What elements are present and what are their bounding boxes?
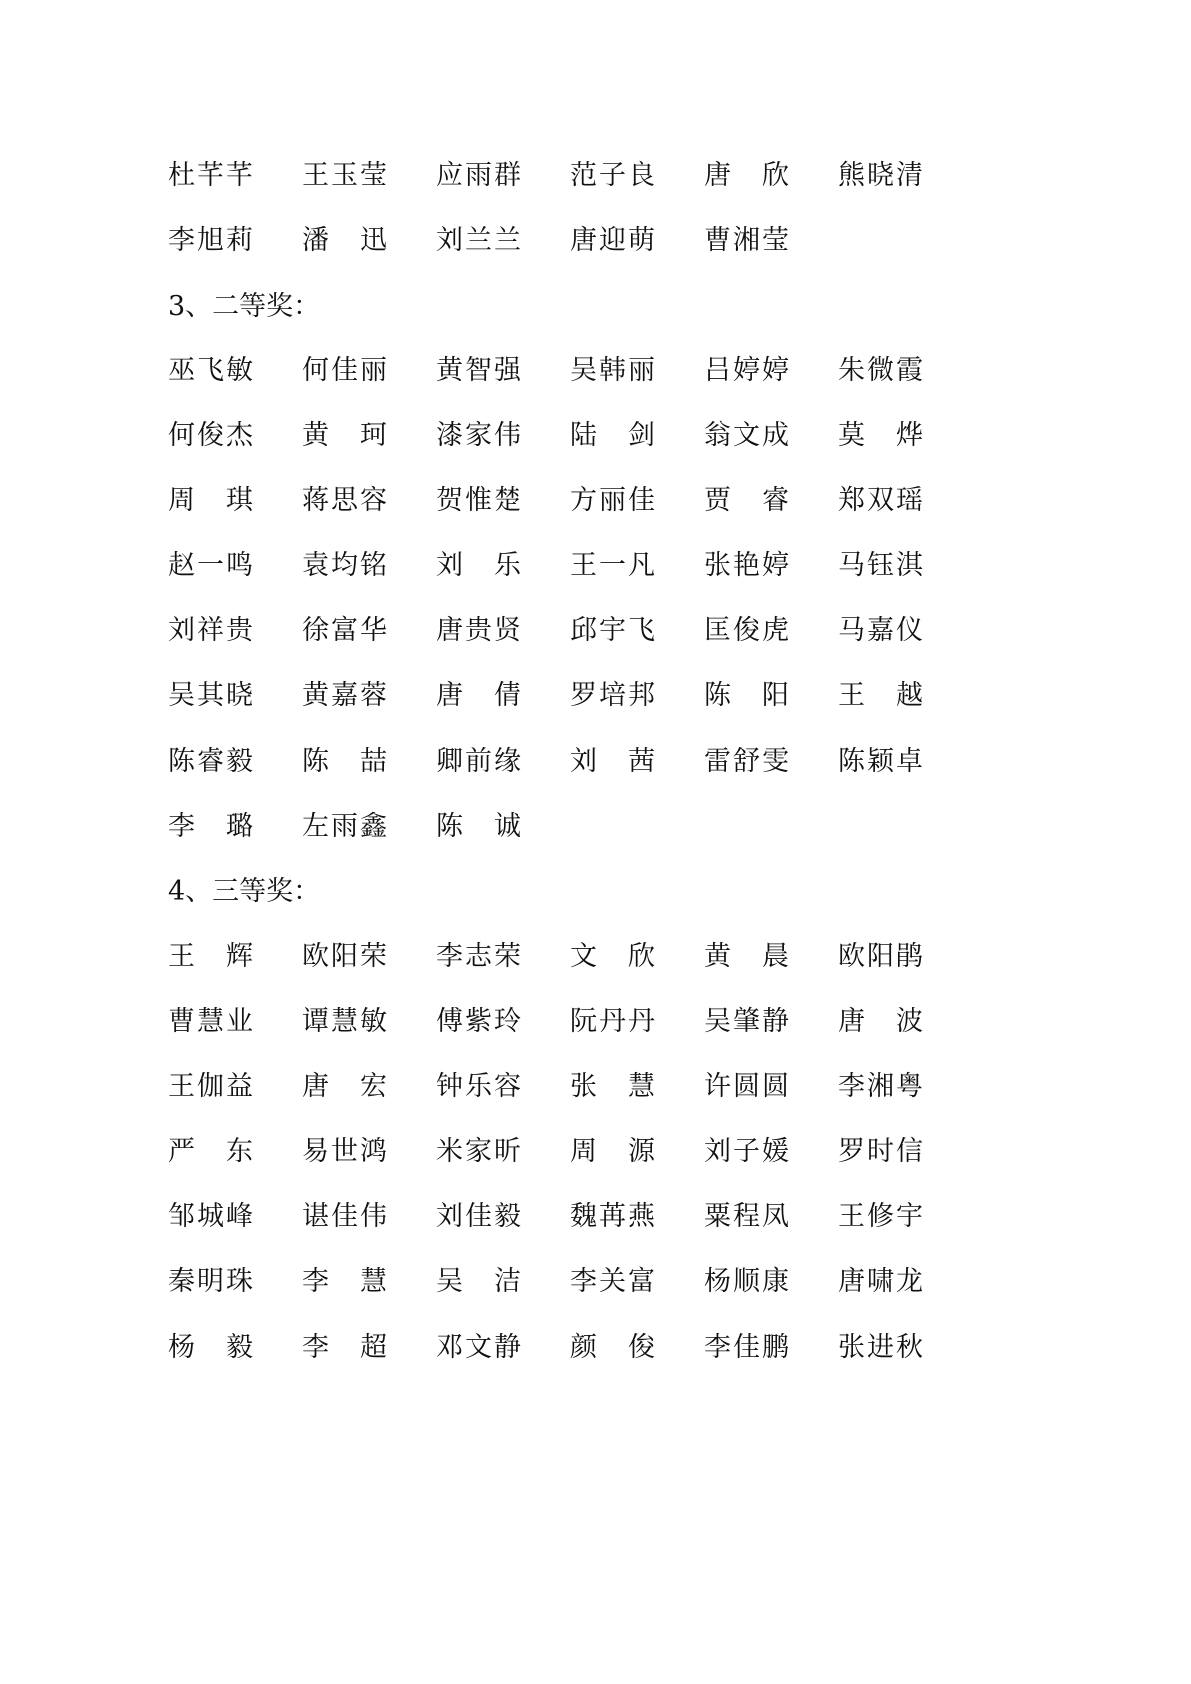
name-entry: 王玉莹	[302, 156, 402, 196]
name-entry: 王 越	[838, 676, 938, 716]
section-heading-second-prize: 3、二等奖：	[168, 287, 320, 327]
name-row: 李 璐 左雨鑫 陈 诚	[168, 807, 1028, 847]
name-entry: 吕婷婷	[704, 351, 804, 391]
name-entry: 唐 波	[838, 1002, 938, 1042]
name-entry: 粟程凤	[704, 1197, 804, 1237]
name-row: 严 东 易世鸿 米家昕 周 源 刘子媛 罗时信	[168, 1132, 1028, 1172]
name-entry: 王修宇	[838, 1197, 938, 1237]
name-entry: 罗时信	[838, 1132, 938, 1172]
name-entry: 黄 珂	[302, 416, 402, 456]
name-entry: 李佳鹏	[704, 1328, 804, 1368]
name-row: 何俊杰 黄 珂 漆家伟 陆 剑 翁文成 莫 烨	[168, 416, 1028, 456]
name-entry: 邱宇飞	[570, 611, 670, 651]
name-entry: 钟乐容	[436, 1067, 536, 1107]
name-entry: 陆 剑	[570, 416, 670, 456]
name-entry: 李 璐	[168, 807, 268, 847]
name-row: 秦明珠 李 慧 吴 洁 李关富 杨顺康 唐啸龙	[168, 1262, 1028, 1302]
name-entry: 吴肇静	[704, 1002, 804, 1042]
name-entry: 何佳丽	[302, 351, 402, 391]
name-entry: 王 辉	[168, 937, 268, 977]
name-entry: 黄 晨	[704, 937, 804, 977]
name-entry: 邓文静	[436, 1328, 536, 1368]
name-entry: 蒋思容	[302, 481, 402, 521]
name-entry: 马嘉仪	[838, 611, 938, 651]
name-entry: 唐迎萌	[570, 221, 670, 261]
name-entry: 潘 迅	[302, 221, 402, 261]
name-entry: 赵一鸣	[168, 546, 268, 586]
name-row: 李旭莉 潘 迅 刘兰兰 唐迎萌 曹湘莹	[168, 221, 1028, 261]
name-entry: 李 超	[302, 1328, 402, 1368]
name-entry: 唐贵贤	[436, 611, 536, 651]
name-row: 邹城峰 谌佳伟 刘佳毅 魏苒燕 粟程凤 王修宇	[168, 1197, 1028, 1237]
name-row: 陈睿毅 陈 喆 卿前缘 刘 茜 雷舒雯 陈颖卓	[168, 742, 1028, 782]
name-entry: 李 慧	[302, 1262, 402, 1302]
name-entry: 文 欣	[570, 937, 670, 977]
name-entry: 何俊杰	[168, 416, 268, 456]
name-entry: 袁均铭	[302, 546, 402, 586]
name-entry: 魏苒燕	[570, 1197, 670, 1237]
name-entry: 曹慧业	[168, 1002, 268, 1042]
name-entry: 米家昕	[436, 1132, 536, 1172]
name-entry: 欧阳鹃	[838, 937, 938, 977]
name-entry: 王一凡	[570, 546, 670, 586]
name-entry: 雷舒雯	[704, 742, 804, 782]
name-entry: 严 东	[168, 1132, 268, 1172]
name-entry: 巫飞敏	[168, 351, 268, 391]
name-entry: 陈颖卓	[838, 742, 938, 782]
name-entry: 许圆圆	[704, 1067, 804, 1107]
name-entry: 方丽佳	[570, 481, 670, 521]
name-entry: 周 琪	[168, 481, 268, 521]
name-entry: 张 慧	[570, 1067, 670, 1107]
name-entry: 唐啸龙	[838, 1262, 938, 1302]
name-entry: 吴 洁	[436, 1262, 536, 1302]
name-entry: 李关富	[570, 1262, 670, 1302]
name-entry: 罗培邦	[570, 676, 670, 716]
name-entry: 唐 欣	[704, 156, 804, 196]
name-entry: 李志荣	[436, 937, 536, 977]
name-entry: 匡俊虎	[704, 611, 804, 651]
name-entry: 漆家伟	[436, 416, 536, 456]
name-entry: 杜芊芊	[168, 156, 268, 196]
name-entry: 郑双瑶	[838, 481, 938, 521]
name-entry: 李湘粤	[838, 1067, 938, 1107]
name-entry: 陈睿毅	[168, 742, 268, 782]
name-entry: 陈 阳	[704, 676, 804, 716]
name-entry: 刘祥贵	[168, 611, 268, 651]
name-row: 王 辉 欧阳荣 李志荣 文 欣 黄 晨 欧阳鹃	[168, 937, 1028, 977]
name-entry: 曹湘莹	[704, 221, 804, 261]
name-entry: 吴韩丽	[570, 351, 670, 391]
name-entry: 阮丹丹	[570, 1002, 670, 1042]
name-entry: 左雨鑫	[302, 807, 402, 847]
name-entry: 傅紫玲	[436, 1002, 536, 1042]
name-entry: 朱微霞	[838, 351, 938, 391]
name-entry: 谭慧敏	[302, 1002, 402, 1042]
name-entry: 唐 倩	[436, 676, 536, 716]
name-entry: 贾 睿	[704, 481, 804, 521]
name-entry: 易世鸿	[302, 1132, 402, 1172]
name-entry: 秦明珠	[168, 1262, 268, 1302]
name-entry: 翁文成	[704, 416, 804, 456]
name-row: 曹慧业 谭慧敏 傅紫玲 阮丹丹 吴肇静 唐 波	[168, 1002, 1028, 1042]
name-entry: 李旭莉	[168, 221, 268, 261]
name-entry: 欧阳荣	[302, 937, 402, 977]
name-entry: 陈 诚	[436, 807, 536, 847]
name-row: 刘祥贵 徐富华 唐贵贤 邱宇飞 匡俊虎 马嘉仪	[168, 611, 1028, 651]
name-entry: 黄智强	[436, 351, 536, 391]
name-entry: 杨 毅	[168, 1328, 268, 1368]
name-row: 周 琪 蒋思容 贺惟楚 方丽佳 贾 睿 郑双瑶	[168, 481, 1028, 521]
name-entry: 黄嘉蓉	[302, 676, 402, 716]
name-entry: 马钰淇	[838, 546, 938, 586]
name-entry: 徐富华	[302, 611, 402, 651]
name-entry: 刘佳毅	[436, 1197, 536, 1237]
name-entry: 刘 茜	[570, 742, 670, 782]
name-entry: 张艳婷	[704, 546, 804, 586]
name-row: 王伽益 唐 宏 钟乐容 张 慧 许圆圆 李湘粤	[168, 1067, 1028, 1107]
name-entry: 熊晓清	[838, 156, 938, 196]
section-heading-third-prize: 4、三等奖：	[168, 872, 320, 912]
name-entry: 唐 宏	[302, 1067, 402, 1107]
name-entry: 刘子媛	[704, 1132, 804, 1172]
name-entry: 杨顺康	[704, 1262, 804, 1302]
name-row: 吴其晓 黄嘉蓉 唐 倩 罗培邦 陈 阳 王 越	[168, 676, 1028, 716]
name-entry: 卿前缘	[436, 742, 536, 782]
name-entry: 陈 喆	[302, 742, 402, 782]
name-entry: 王伽益	[168, 1067, 268, 1107]
name-row: 杨 毅 李 超 邓文静 颜 俊 李佳鹏 张进秋	[168, 1328, 1028, 1368]
name-row: 巫飞敏 何佳丽 黄智强 吴韩丽 吕婷婷 朱微霞	[168, 351, 1028, 391]
name-row: 赵一鸣 袁均铭 刘 乐 王一凡 张艳婷 马钰淇	[168, 546, 1028, 586]
name-entry: 贺惟楚	[436, 481, 536, 521]
name-entry: 刘兰兰	[436, 221, 536, 261]
name-entry: 颜 俊	[570, 1328, 670, 1368]
name-entry: 谌佳伟	[302, 1197, 402, 1237]
name-entry: 应雨群	[436, 156, 536, 196]
name-entry: 张进秋	[838, 1328, 938, 1368]
name-entry: 刘 乐	[436, 546, 536, 586]
name-entry: 范子良	[570, 156, 670, 196]
name-row: 杜芊芊 王玉莹 应雨群 范子良 唐 欣 熊晓清	[168, 156, 1028, 196]
name-entry: 吴其晓	[168, 676, 268, 716]
document-page: 杜芊芊 王玉莹 应雨群 范子良 唐 欣 熊晓清 李旭莉 潘 迅 刘兰兰 唐迎萌 …	[0, 0, 1191, 1684]
name-entry: 邹城峰	[168, 1197, 268, 1237]
name-entry: 莫 烨	[838, 416, 938, 456]
name-entry: 周 源	[570, 1132, 670, 1172]
